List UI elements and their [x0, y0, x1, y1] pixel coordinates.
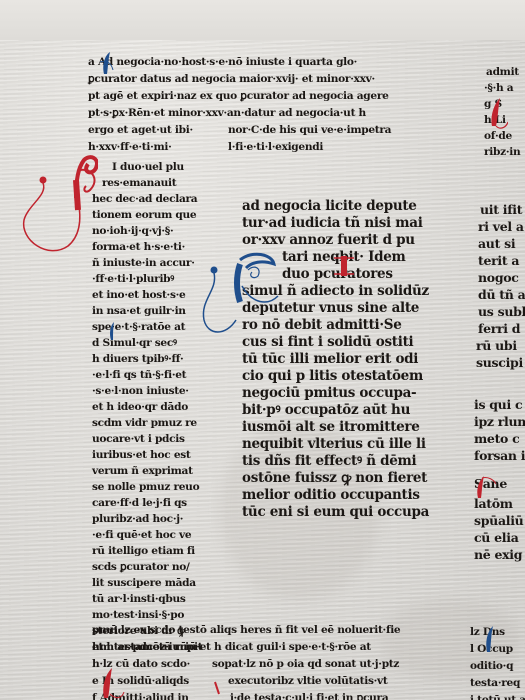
main-line: bit·pꝰ occupatōz aūt hu [242, 402, 410, 419]
right-line: forsan i [474, 448, 525, 464]
gloss-line: forma·et h·s·e·ti· [92, 241, 185, 254]
right-line: oditio·q [470, 660, 513, 673]
blue-initial-a-icon [98, 50, 114, 76]
gloss-line: mo·test·insi·§·po [92, 609, 184, 622]
main-line: ad negocia licite depute [242, 198, 417, 215]
right-line: us subl [478, 304, 525, 320]
main-line: ostōne fuissz ꝙ non fieret [242, 470, 427, 487]
gloss-line: h diuers tpibꝰ·ff· [92, 353, 183, 366]
gloss-line: ·e·fi quē·et hoc ve [92, 529, 191, 542]
gloss-line: rū itelligo etiam fi [92, 545, 195, 558]
gloss-line: et h ideo·qr dādo [92, 401, 188, 414]
blue-initial-s-icon [104, 320, 118, 342]
main-line: iusmōi alt se itromittere [242, 419, 420, 436]
red-initial-i-icon [96, 664, 126, 700]
gloss-line: ·e·l·fi qs tñ·§·fi·et [92, 369, 186, 382]
right-line: aut si [478, 236, 515, 252]
right-line: nogoc [478, 270, 519, 286]
gloss-line: care·ff·d le·j·fi qs [92, 497, 187, 510]
gloss-line: a Ad negocia·no·host·s·e·nō iniuste i qu… [88, 56, 357, 69]
right-line: rū ubi [476, 338, 517, 354]
right-line: is qui c [474, 397, 522, 413]
gloss-line: sopat·lz nō p oia qd sonat ut·j·ptz [212, 658, 399, 671]
gloss-line: h·xxv·ff·e·ti·mi· [88, 141, 172, 154]
main-line: tū tūc illi melior erit odi [242, 351, 418, 368]
right-line: cū elia [474, 530, 519, 546]
gloss-line: scds ꝑcurator no/ [92, 561, 190, 574]
gloss-line: pt agē et expiri·naz ex quo ꝑcurator ad … [88, 90, 389, 103]
main-line: nequibit vlterius cū ille li [242, 436, 426, 453]
gloss-line: pluribz·ad hoc·j· [92, 513, 183, 526]
blue-initial-right-icon [482, 624, 498, 654]
gloss-line: ꝑcurator datus ad negocia maior·xvij· et… [88, 73, 375, 86]
gloss-line: se nolle pmuz reuo [92, 481, 199, 494]
right-line: uit ifit [480, 202, 522, 218]
gloss-line: I duo·uel plu [112, 161, 184, 174]
main-line: tūc eni si eum qui occupa [242, 504, 429, 521]
red-initial-s-icon [18, 150, 98, 260]
gloss-line: scdm vidr pmuz re [92, 417, 197, 430]
right-line: suscipi [476, 355, 523, 371]
gloss-line: executoribz vltie volūtatis·vt [228, 675, 387, 688]
top-margin [0, 0, 525, 40]
right-line: spūaliū [474, 513, 523, 529]
gloss-line: uocare·vt i pdcis [92, 433, 185, 446]
right-line: ipz rlum [474, 414, 525, 430]
main-line: tis dñs fit effectꝰ ñ dēmi [242, 453, 416, 470]
gloss-line: pt·s·ꝑx·Rēn·et minor·xxv·an·datur ad neg… [88, 107, 366, 120]
red-paragraph-mark-icon [332, 254, 356, 278]
gloss-line: hec dec·ad declara [92, 193, 197, 206]
gloss-line: ñ iniuste·in accur· [92, 257, 195, 270]
gloss-line: ·s·e·l·non iniuste· [92, 385, 189, 398]
main-line: tur·ad iudicia tñ nisi mai [242, 215, 423, 232]
red-mark-icon [212, 678, 222, 698]
right-line: ribz·in [484, 146, 520, 159]
gloss-line: tū ar·l·insti·qbus [92, 593, 186, 606]
red-initial-s-right-icon [472, 474, 496, 500]
main-line: melior oditio occupantis [242, 487, 420, 504]
gloss-line: lit suscipere māda [92, 577, 196, 590]
gloss-line: et h·ar·pdcoz·iuriū·et h dicat guil·i sp… [92, 641, 371, 654]
right-line: meto c [474, 431, 519, 447]
gloss-line: nor·C·de his qui ve·e·impetra [228, 124, 391, 137]
gloss-line: ergo et aget·ut ibi· [88, 124, 193, 137]
red-initial-l-icon [482, 96, 508, 132]
right-line: ·§·h a [484, 82, 513, 95]
gloss-line: j·de testa·c·ul·i fi·et in ꝑcura [230, 692, 388, 700]
right-line: terit a [478, 253, 519, 269]
right-line: ri vel a [478, 219, 524, 235]
gloss-line: iuribus·et hoc est [92, 449, 191, 462]
main-line: negociū pmitus occupa- [242, 385, 416, 402]
main-line: or·xxv annoz fuerit d pu [242, 232, 415, 249]
main-line: cio qui p litis otestatōem [242, 368, 423, 385]
right-line: nē exig [474, 547, 522, 563]
right-line: ferri d [478, 321, 520, 337]
gloss-line: pmū·lz ex scdo testō aliqs heres ñ fit v… [92, 624, 400, 637]
right-line: i totū ut a [470, 694, 525, 700]
gloss-line: verum ñ exprimat [92, 465, 193, 478]
gloss-line: l·fi·e·ti·l·exigendi [228, 141, 323, 154]
gloss-line: et ino·et host·s·e [92, 289, 185, 302]
right-line: admit [486, 66, 519, 79]
right-line: testa·req [470, 677, 520, 690]
gloss-line: tionem eorum que [92, 209, 196, 222]
gloss-line: ·ff·e·ti·l·pluribꝰ [92, 273, 174, 286]
gloss-line: res·emanauit [102, 177, 176, 190]
blue-initial-c-icon [196, 250, 286, 340]
right-line: dū tñ a [478, 287, 525, 303]
gloss-line: no·ioh·ij·q·vj·§· [92, 225, 173, 238]
gloss-line: in nsa·et guilr·in [92, 305, 186, 318]
